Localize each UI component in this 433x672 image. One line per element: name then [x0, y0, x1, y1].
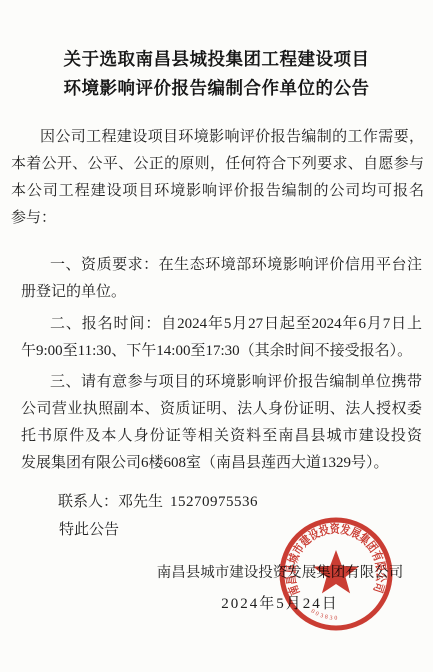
paragraph-line: 二、报名时间：自2024年5月27日起至2024年6月7日上 [21, 311, 422, 338]
contact-line: 联系人：邓先生15270975536 [21, 489, 422, 516]
contact-label: 联系人：邓先生 [58, 494, 163, 510]
title-line-1: 关于选取南昌县城投集团工程建设项目 [10, 45, 423, 74]
intro-paragraph: 因公司工程建设项目环境影响评价报告编制的工作需要， 本着公开、公平、公正的原则，… [11, 124, 424, 232]
title-line-2: 环境影响评价报告编制合作单位的公告 [10, 74, 423, 103]
announcement-document: 关于选取南昌县城投集团工程建设项目 环境影响评价报告编制合作单位的公告 因公司工… [0, 0, 433, 672]
paragraph-line: 一、资质要求：在生态环境部环境影响评价信用平台注 [21, 252, 422, 279]
section-materials: 三、请有意参与项目的环境影响评价报告编制单位携带 公司营业执照副本、资质证明、法… [21, 369, 422, 477]
paragraph-line: 本公司工程建设项目环境影响评价报告编制的公司均可报名 [11, 178, 424, 205]
document-title: 关于选取南昌县城投集团工程建设项目 环境影响评价报告编制合作单位的公告 [10, 45, 423, 103]
paragraph-line: 公司营业执照副本、资质证明、法人身份证明、法人授权委 [21, 396, 422, 423]
section-qualification: 一、资质要求：在生态环境部环境影响评价信用平台注 册登记的单位。 [21, 252, 422, 306]
paragraph-line: 三、请有意参与项目的环境影响评价报告编制单位携带 [21, 369, 422, 396]
seal-code-text: 003830 [310, 609, 340, 622]
paragraph-line: 午9:00至11:30、下午14:00至17:30（其余时间不接受报名）。 [21, 338, 422, 365]
section-registration-time: 二、报名时间：自2024年5月27日起至2024年6月7日上 午9:00至11:… [21, 311, 422, 365]
paragraph-line: 参与： [11, 205, 424, 232]
contact-text: 联系人：邓先生15270975536 [21, 489, 422, 516]
paragraph-line: 托书原件及本人身份证等相关资料至南昌县城市建设投资 [21, 423, 422, 450]
seal-star-icon [313, 550, 359, 593]
paragraph-line: 册登记的单位。 [21, 279, 422, 306]
svg-text:003830: 003830 [310, 609, 340, 622]
contact-phone: 15270975536 [170, 494, 258, 510]
paragraph-line: 本着公开、公平、公正的原则，任何符合下列要求、自愿参与 [11, 151, 424, 178]
official-seal: 南昌县城市建设投资发展集团有限公司 003830 [275, 513, 397, 635]
paragraph-line: 因公司工程建设项目环境影响评价报告编制的工作需要， [11, 124, 424, 151]
paragraph-line: 发展集团有限公司6楼608室（南昌县莲西大道1329号）。 [21, 450, 422, 477]
